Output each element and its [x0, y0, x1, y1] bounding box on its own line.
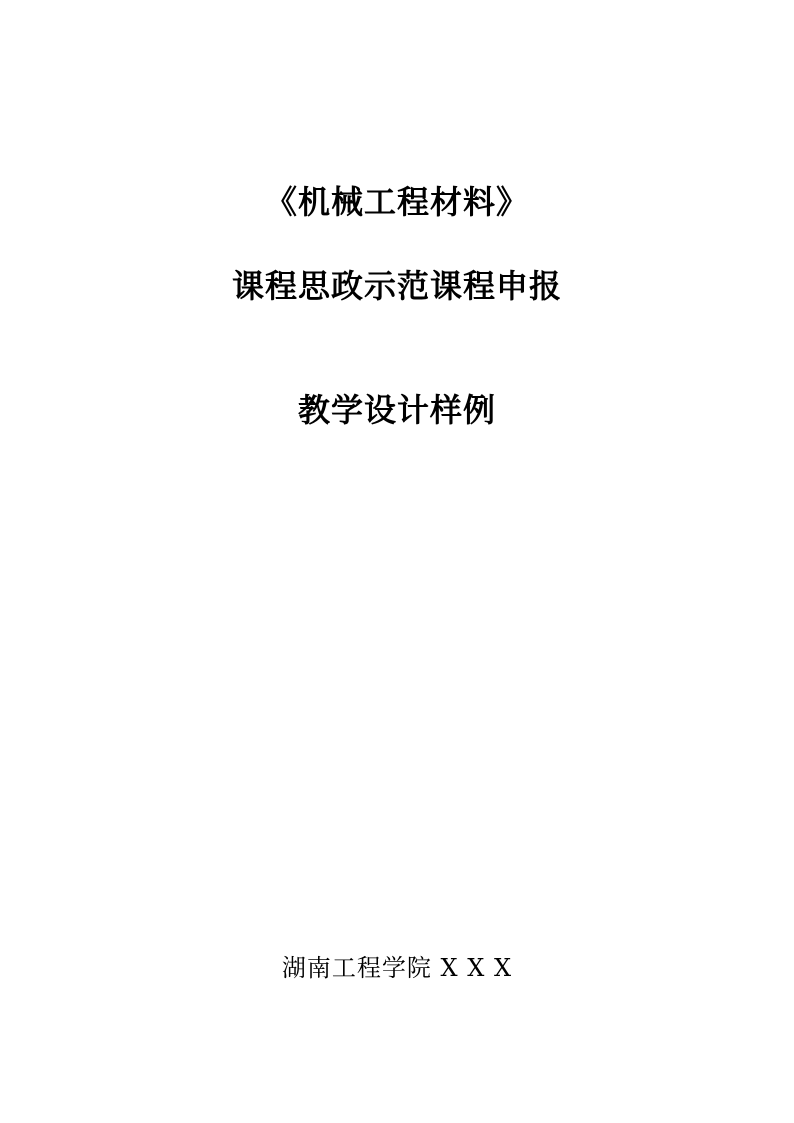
document-page: 《机械工程材料》 课程思政示范课程申报 教学设计样例 湖南工程学院 X X X: [0, 0, 794, 1123]
design-title: 教学设计样例: [0, 394, 794, 426]
author-line: 湖南工程学院 X X X: [0, 956, 794, 980]
application-title: 课程思政示范课程申报: [0, 270, 794, 302]
course-title: 《机械工程材料》: [0, 186, 794, 218]
